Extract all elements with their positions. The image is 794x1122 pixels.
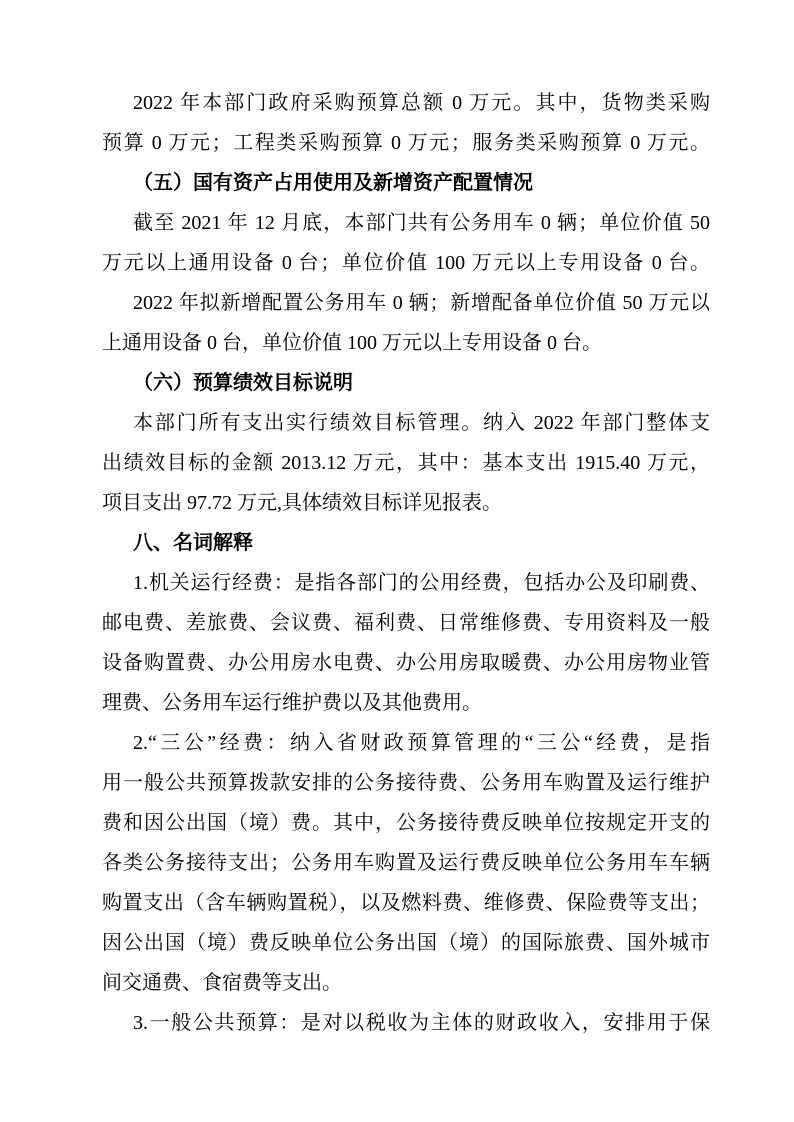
- text-line: 预算 0 万元；工程类采购预算 0 万元；服务类采购预算 0 万元。: [102, 123, 710, 163]
- text-line: 设备购置费、办公用房水电费、办公用房取暖费、办公用房物业管: [102, 643, 710, 683]
- text-line: 截至 2021 年 12 月底，本部门共有公务用车 0 辆；单位价值 50: [102, 203, 710, 243]
- text-line: 2022 年拟新增配置公务用车 0 辆；新增配备单位价值 50 万元以: [102, 283, 710, 323]
- text-line: 各类公务接待支出；公务用车购置及运行费反映单位公务用车车辆: [102, 843, 710, 883]
- text-line: 费和因公出国（境）费。其中，公务接待费反映单位按规定开支的: [102, 803, 710, 843]
- document-page: 2022 年本部门政府采购预算总额 0 万元。其中，货物类采购 预算 0 万元；…: [0, 0, 794, 1122]
- text-line: 购置支出（含车辆购置税），以及燃料费、维修费、保险费等支出；: [102, 883, 710, 923]
- text-line: 理费、公务用车运行维护费以及其他费用。: [102, 683, 710, 723]
- section-heading-6: （六）预算绩效目标说明: [102, 363, 710, 403]
- text-line: 1.机关运行经费：是指各部门的公用经费，包括办公及印刷费、: [102, 563, 710, 603]
- text-line: 因公出国（境）费反映单位公务出国（境）的国际旅费、国外城市: [102, 923, 710, 963]
- text-line: 3.一般公共预算：是对以税收为主体的财政收入，安排用于保: [102, 1003, 710, 1043]
- text-line: 出绩效目标的金额 2013.12 万元，其中：基本支出 1915.40 万元，: [102, 443, 710, 483]
- chapter-heading-8: 八、名词解释: [102, 523, 710, 563]
- text-line: 邮电费、差旅费、会议费、福利费、日常维修费、专用资料及一般: [102, 603, 710, 643]
- text-line: 间交通费、食宿费等支出。: [102, 963, 710, 1003]
- text-line: 2.“三公”经费：纳入省财政预算管理的“三公“经费，是指: [102, 723, 710, 763]
- document-text-block: 2022 年本部门政府采购预算总额 0 万元。其中，货物类采购 预算 0 万元；…: [102, 83, 710, 1043]
- text-line: 上通用设备 0 台，单位价值 100 万元以上专用设备 0 台。: [102, 323, 710, 363]
- text-line: 本部门所有支出实行绩效目标管理。纳入 2022 年部门整体支: [102, 403, 710, 443]
- text-line: 项目支出 97.72 万元,具体绩效目标详见报表。: [102, 483, 710, 523]
- text-line: 用一般公共预算拨款安排的公务接待费、公务用车购置及运行维护: [102, 763, 710, 803]
- text-line: 2022 年本部门政府采购预算总额 0 万元。其中，货物类采购: [102, 83, 710, 123]
- section-heading-5: （五）国有资产占用使用及新增资产配置情况: [102, 163, 710, 203]
- text-line: 万元以上通用设备 0 台；单位价值 100 万元以上专用设备 0 台。: [102, 243, 710, 283]
